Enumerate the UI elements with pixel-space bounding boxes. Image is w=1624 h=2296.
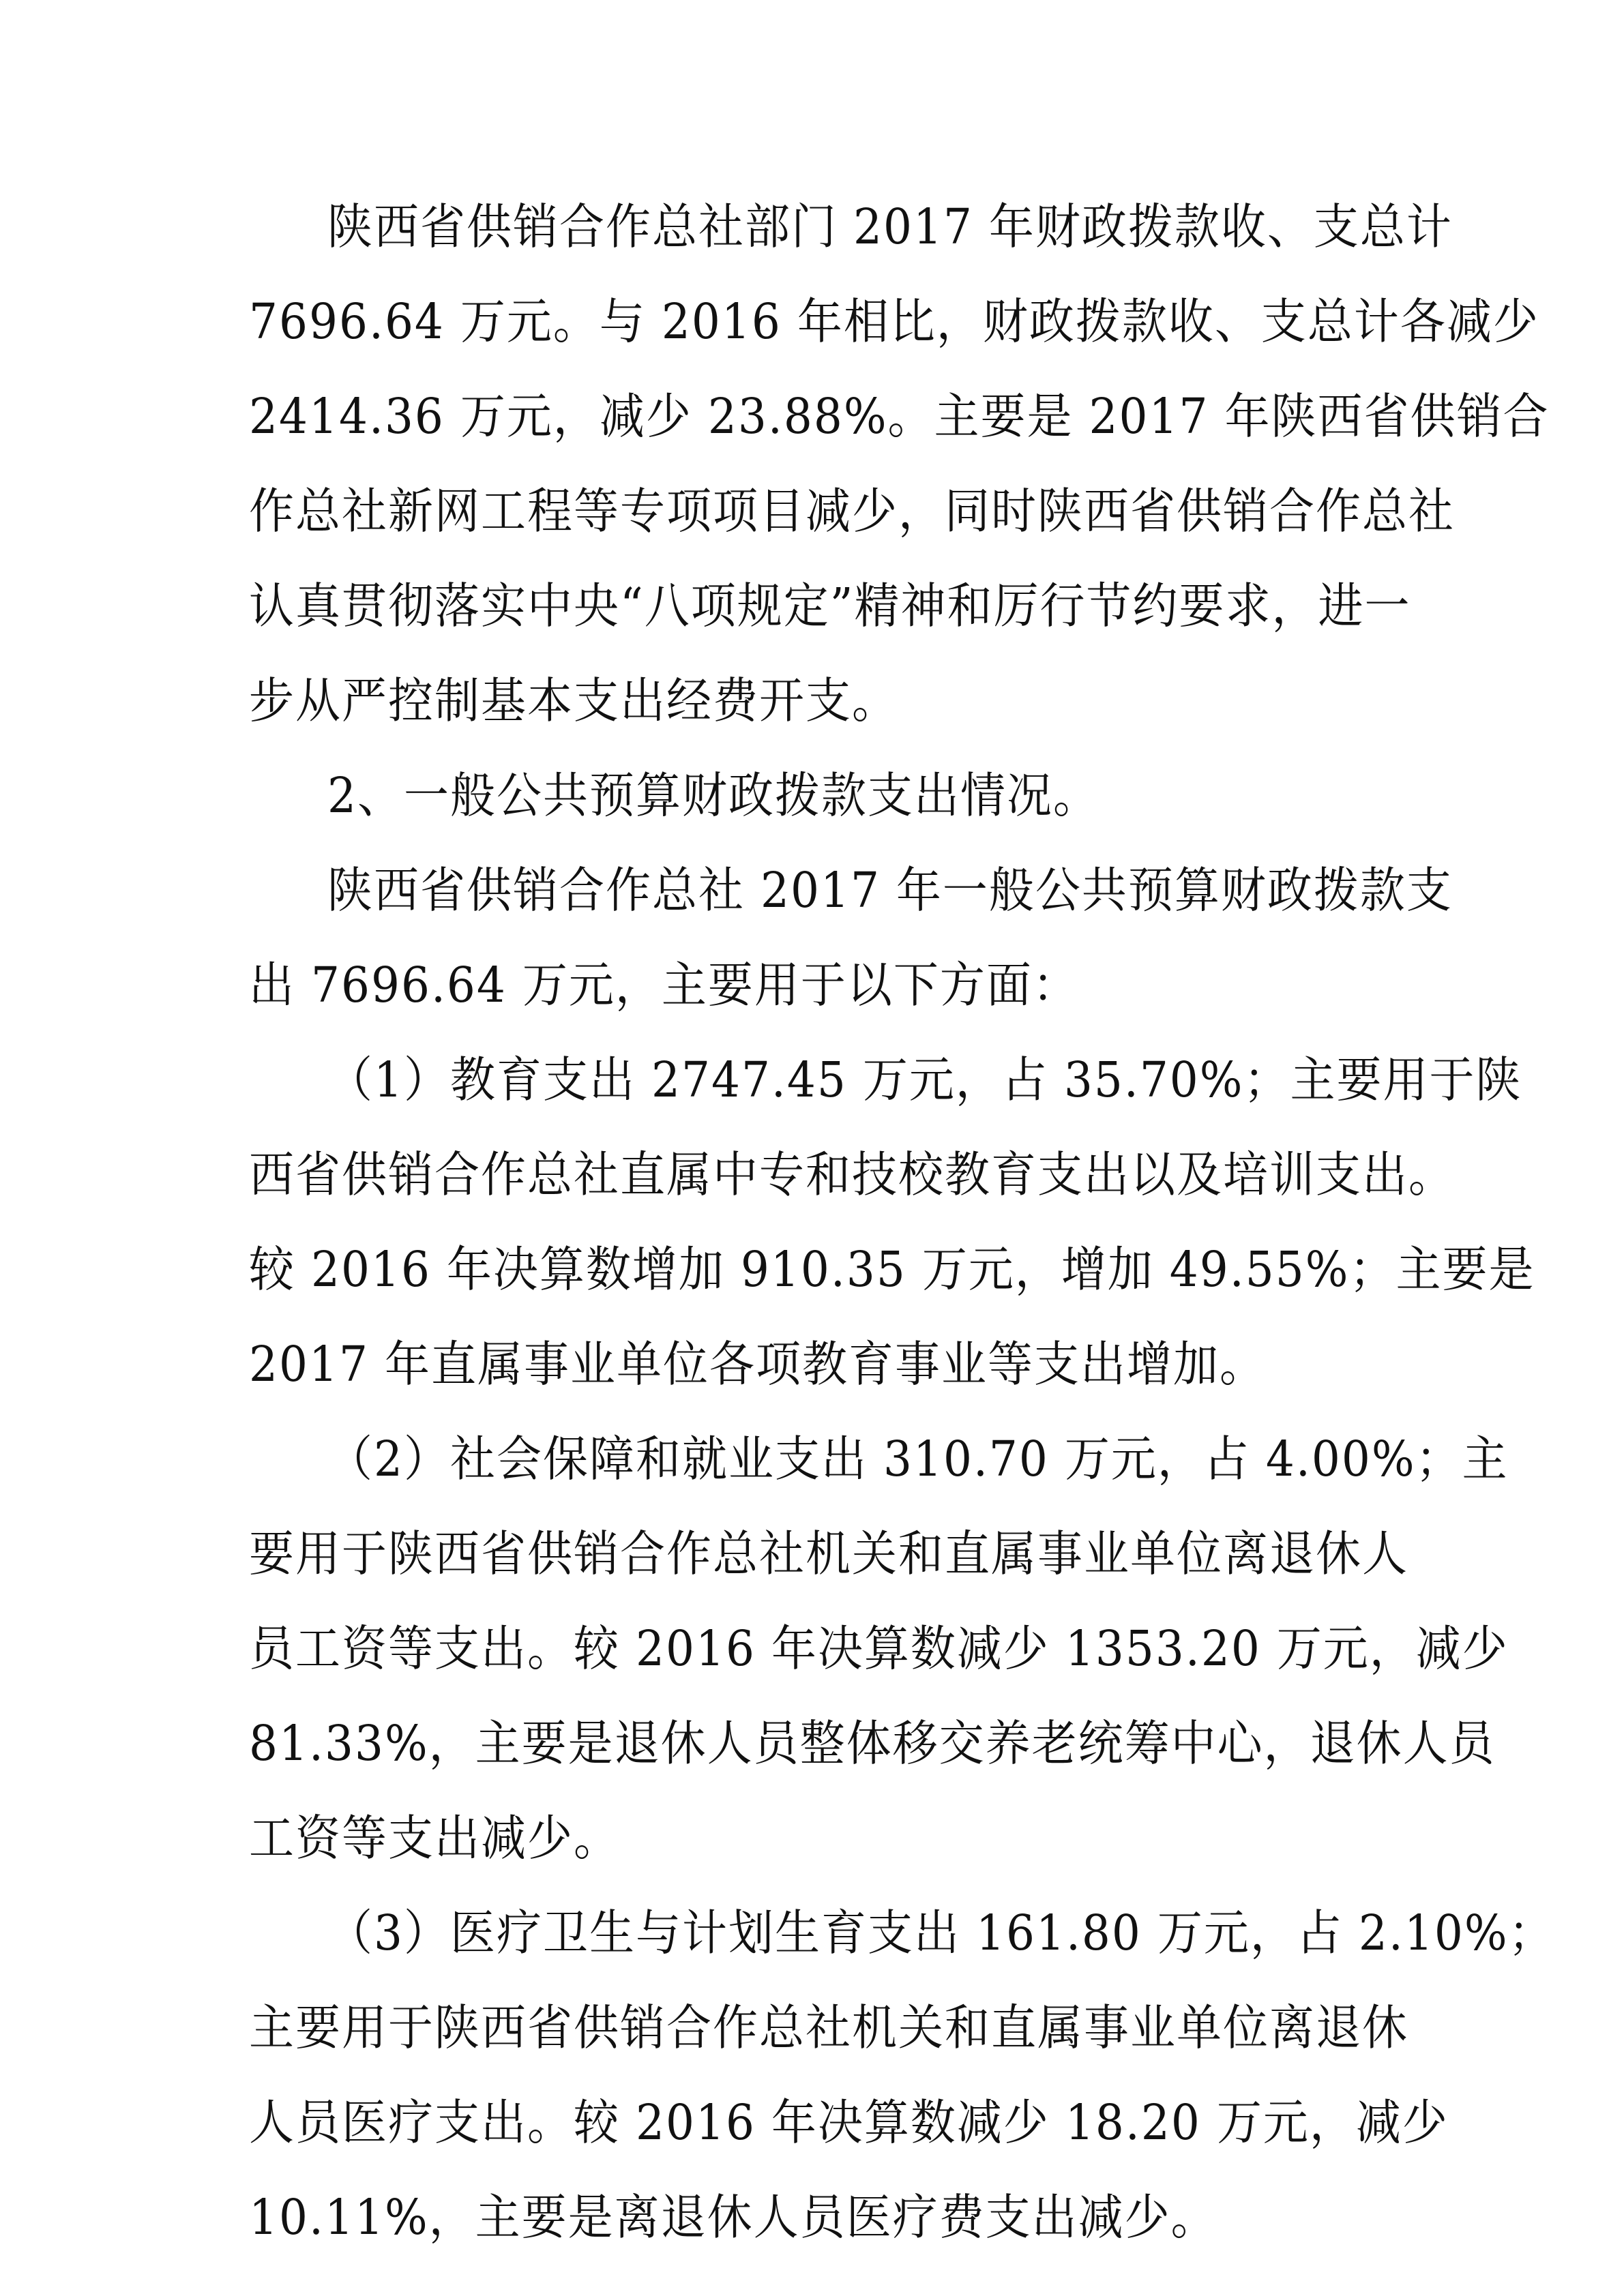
paragraph-fiscal-total-line-6: 步从严控制基本支出经费开支。 (249, 668, 1387, 734)
paragraph-general-budget-line-2: 出 7696.64 万元，主要用于以下方面： (249, 952, 1387, 1018)
item-education-line-2: 西省供销合作总社直属中专和技校教育支出以及培训支出。 (249, 1142, 1387, 1208)
item-medical-line-3: 人员医疗支出。较 2016 年决算数减少 18.20 万元，减少 (249, 2089, 1387, 2156)
item-social-security-line-1: （2）社会保障和就业支出 310.70 万元，占 4.00%；主 (327, 1426, 1387, 1492)
paragraph-fiscal-total-line-1: 陕西省供销合作总社部门 2017 年财政拨款收、支总计 (327, 194, 1387, 260)
document-page: 陕西省供销合作总社部门 2017 年财政拨款收、支总计 7696.64 万元。与… (0, 0, 1624, 2296)
item-medical-line-1: （3）医疗卫生与计划生育支出 161.80 万元，占 2.10%； (327, 1900, 1387, 1966)
paragraph-fiscal-total-line-3: 2414.36 万元，减少 23.88%。主要是 2017 年陕西省供销合 (249, 383, 1387, 449)
item-social-security-line-3: 员工资等支出。较 2016 年决算数减少 1353.20 万元，减少 (249, 1615, 1387, 1682)
paragraph-general-budget-line-1: 陕西省供销合作总社 2017 年一般公共预算财政拨款支 (327, 857, 1387, 923)
item-social-security-line-2: 要用于陕西省供销合作总社机关和直属事业单位离退休人 (249, 1521, 1387, 1587)
item-social-security-line-4: 81.33%，主要是退休人员整体移交养老统筹中心，退休人员 (249, 1710, 1387, 1776)
item-education-line-1: （1）教育支出 2747.45 万元，占 35.70%；主要用于陕 (327, 1047, 1387, 1113)
item-social-security-line-5: 工资等支出减少。 (249, 1805, 1387, 1871)
paragraph-fiscal-total-line-5: 认真贯彻落实中央“八项规定”精神和厉行节约要求，进一 (249, 573, 1387, 639)
item-medical-line-2: 主要用于陕西省供销合作总社机关和直属事业单位离退休 (249, 1995, 1387, 2061)
section-heading-general-budget: 2、一般公共预算财政拨款支出情况。 (327, 762, 1387, 829)
item-education-line-4: 2017 年直属事业单位各项教育事业等支出增加。 (249, 1331, 1387, 1397)
item-education-line-3: 较 2016 年决算数增加 910.35 万元，增加 49.55%；主要是 (249, 1236, 1387, 1302)
paragraph-fiscal-total-line-2: 7696.64 万元。与 2016 年相比，财政拨款收、支总计各减少 (249, 288, 1387, 355)
item-medical-line-4: 10.11%，主要是离退休人员医疗费支出减少。 (249, 2184, 1387, 2250)
paragraph-fiscal-total-line-4: 作总社新网工程等专项项目减少，同时陕西省供销合作总社 (249, 478, 1387, 544)
